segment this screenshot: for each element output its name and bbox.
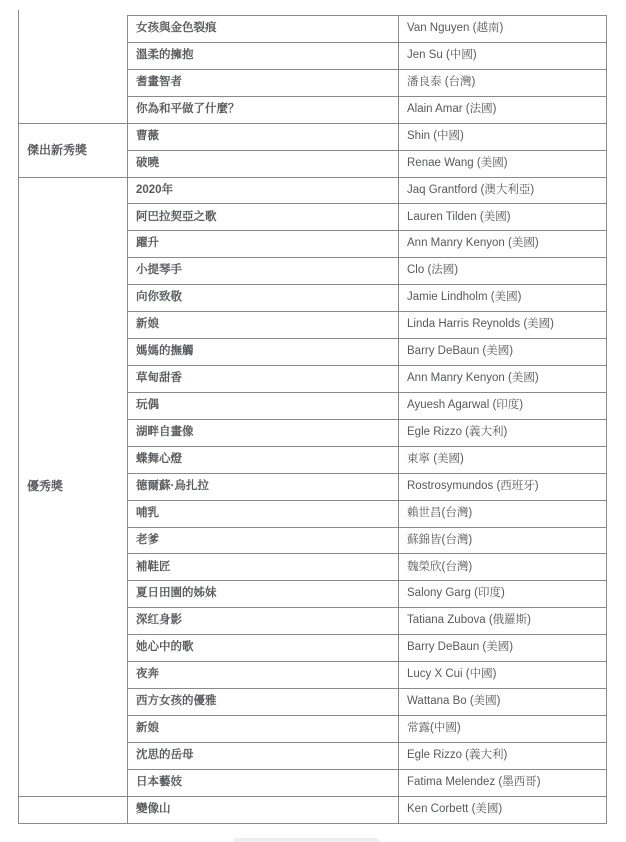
- artist-name: 潘良泰 (台灣): [399, 70, 607, 96]
- table-row: 西方女孩的優雅Wattana Bo (美國): [128, 689, 607, 716]
- award-group: 女孩與金色裂痕Van Nguyen (越南)溫柔的擁抱Jen Su (中國)耆畫…: [19, 15, 607, 124]
- artwork-title: 草甸甜香: [128, 366, 399, 392]
- artwork-title: 阿巴拉契亞之歌: [128, 204, 399, 230]
- artist-name: Ann Manry Kenyon (美國): [399, 366, 607, 392]
- artist-name: 賴世昌(台灣): [399, 501, 607, 527]
- artwork-title: 哺乳: [128, 501, 399, 527]
- table-row: 阿巴拉契亞之歌Lauren Tilden (美國): [128, 204, 607, 231]
- artist-name: Egle Rizzo (義大利): [399, 420, 607, 446]
- table-row: 曹薇Shin (中國): [128, 124, 607, 151]
- table-row: 德爾蘇·烏扎拉Rostrosymundos (西班牙): [128, 474, 607, 501]
- table-row: 玩偶Ayuesh Agarwal (印度): [128, 393, 607, 420]
- artwork-title: 新娘: [128, 716, 399, 742]
- artwork-title: 德爾蘇·烏扎拉: [128, 474, 399, 500]
- partial-button-top-edge[interactable]: [233, 838, 380, 842]
- artist-name: Clo (法國): [399, 258, 607, 284]
- artwork-title: 夜奔: [128, 662, 399, 688]
- award-group: 優秀獎2020年Jaq Grantford (澳大利亞)阿巴拉契亞之歌Laure…: [19, 178, 607, 797]
- artwork-title: 耆畫智者: [128, 70, 399, 96]
- table-row: 日本藝妓Fatima Melendez (墨西哥): [128, 770, 607, 797]
- artwork-title: 夏日田園的姊妹: [128, 581, 399, 607]
- table-row: 變像山Ken Corbett (美國): [128, 797, 607, 824]
- table-row: 破曉Renae Wang (美國): [128, 151, 607, 178]
- artist-name: Lauren Tilden (美國): [399, 204, 607, 230]
- artwork-title: 深红身影: [128, 608, 399, 634]
- artist-name: 常露(中國): [399, 716, 607, 742]
- artwork-title: 曹薇: [128, 124, 399, 150]
- table-row: 新娘Linda Harris Reynolds (美國): [128, 312, 607, 339]
- table-row: 草甸甜香Ann Manry Kenyon (美國): [128, 366, 607, 393]
- artwork-title: 日本藝妓: [128, 770, 399, 796]
- artist-name: Wattana Bo (美國): [399, 689, 607, 715]
- table-row: 她心中的歌Barry DeBaun (美國): [128, 635, 607, 662]
- artwork-title: 湖畔自畫像: [128, 420, 399, 446]
- artist-name: 東寧 (美國): [399, 447, 607, 473]
- artist-name: Tatiana Zubova (俄羅斯): [399, 608, 607, 634]
- artist-name: Lucy X Cui (中國): [399, 662, 607, 688]
- artwork-title: 破曉: [128, 151, 399, 177]
- artist-name: Jamie Lindholm (美國): [399, 285, 607, 311]
- awards-table: 女孩與金色裂痕Van Nguyen (越南)溫柔的擁抱Jen Su (中國)耆畫…: [18, 15, 607, 824]
- artist-name: Ken Corbett (美國): [399, 797, 607, 823]
- artist-name: Fatima Melendez (墨西哥): [399, 770, 607, 796]
- artwork-title: 蝶舞心燈: [128, 447, 399, 473]
- table-row: 老爹蘇錦皆(台灣): [128, 528, 607, 555]
- table-row: 躍升Ann Manry Kenyon (美國): [128, 231, 607, 258]
- artist-name: Jaq Grantford (澳大利亞): [399, 178, 607, 204]
- artist-name: Salony Garg (印度): [399, 581, 607, 607]
- artist-name: Linda Harris Reynolds (美國): [399, 312, 607, 338]
- artist-name: Egle Rizzo (義大利): [399, 743, 607, 769]
- artwork-title: 她心中的歌: [128, 635, 399, 661]
- table-row: 哺乳賴世昌(台灣): [128, 501, 607, 528]
- table-row: 夜奔Lucy X Cui (中國): [128, 662, 607, 689]
- table-row: 深红身影Tatiana Zubova (俄羅斯): [128, 608, 607, 635]
- artwork-title: 補鞋匠: [128, 554, 399, 580]
- award-group: 變像山Ken Corbett (美國): [19, 797, 607, 824]
- artist-name: Ayuesh Agarwal (印度): [399, 393, 607, 419]
- award-group: 傑出新秀獎曹薇Shin (中國)破曉Renae Wang (美國): [19, 124, 607, 178]
- table-row: 沈思的岳母Egle Rizzo (義大利): [128, 743, 607, 770]
- table-row: 溫柔的擁抱Jen Su (中國): [128, 43, 607, 70]
- table-row: 耆畫智者潘良泰 (台灣): [128, 70, 607, 97]
- table-row: 夏日田園的姊妹Salony Garg (印度): [128, 581, 607, 608]
- table-row: 補鞋匠魏榮欣(台灣): [128, 554, 607, 581]
- artwork-title: 沈思的岳母: [128, 743, 399, 769]
- artist-name: Barry DeBaun (美國): [399, 635, 607, 661]
- artwork-title: 2020年: [128, 178, 399, 204]
- table-row: 向你致敬Jamie Lindholm (美國): [128, 285, 607, 312]
- artwork-title: 老爹: [128, 528, 399, 554]
- artist-name: Barry DeBaun (美國): [399, 339, 607, 365]
- table-row: 2020年Jaq Grantford (澳大利亞): [128, 178, 607, 205]
- artwork-title: 媽媽的撫觸: [128, 339, 399, 365]
- artist-name: Van Nguyen (越南): [399, 16, 607, 42]
- category-cell: [19, 15, 128, 124]
- table-row: 你為和平做了什麼？Alain Amar (法國): [128, 97, 607, 124]
- artist-name: 魏榮欣(台灣): [399, 554, 607, 580]
- table-row: 湖畔自畫像Egle Rizzo (義大利): [128, 420, 607, 447]
- artwork-title: 西方女孩的優雅: [128, 689, 399, 715]
- artwork-title: 躍升: [128, 231, 399, 257]
- table-row: 新娘常露(中國): [128, 716, 607, 743]
- category-cell: [19, 797, 128, 824]
- artist-name: Rostrosymundos (西班牙): [399, 474, 607, 500]
- artist-name: Renae Wang (美國): [399, 151, 607, 177]
- artwork-title: 玩偶: [128, 393, 399, 419]
- artist-name: Shin (中國): [399, 124, 607, 150]
- artwork-title: 變像山: [128, 797, 399, 823]
- artwork-title: 溫柔的擁抱: [128, 43, 399, 69]
- artwork-title: 女孩與金色裂痕: [128, 16, 399, 42]
- table-row: 媽媽的撫觸Barry DeBaun (美國): [128, 339, 607, 366]
- category-cell: 優秀獎: [19, 178, 128, 797]
- artwork-title: 你為和平做了什麼？: [128, 97, 399, 123]
- artist-name: Jen Su (中國): [399, 43, 607, 69]
- artist-name: Ann Manry Kenyon (美國): [399, 231, 607, 257]
- artwork-title: 向你致敬: [128, 285, 399, 311]
- table-row: 小提琴手Clo (法國): [128, 258, 607, 285]
- artist-name: 蘇錦皆(台灣): [399, 528, 607, 554]
- category-cell: 傑出新秀獎: [19, 124, 128, 178]
- artist-name: Alain Amar (法國): [399, 97, 607, 123]
- table-row: 女孩與金色裂痕Van Nguyen (越南): [128, 16, 607, 43]
- table-row: 蝶舞心燈東寧 (美國): [128, 447, 607, 474]
- artwork-title: 小提琴手: [128, 258, 399, 284]
- artwork-title: 新娘: [128, 312, 399, 338]
